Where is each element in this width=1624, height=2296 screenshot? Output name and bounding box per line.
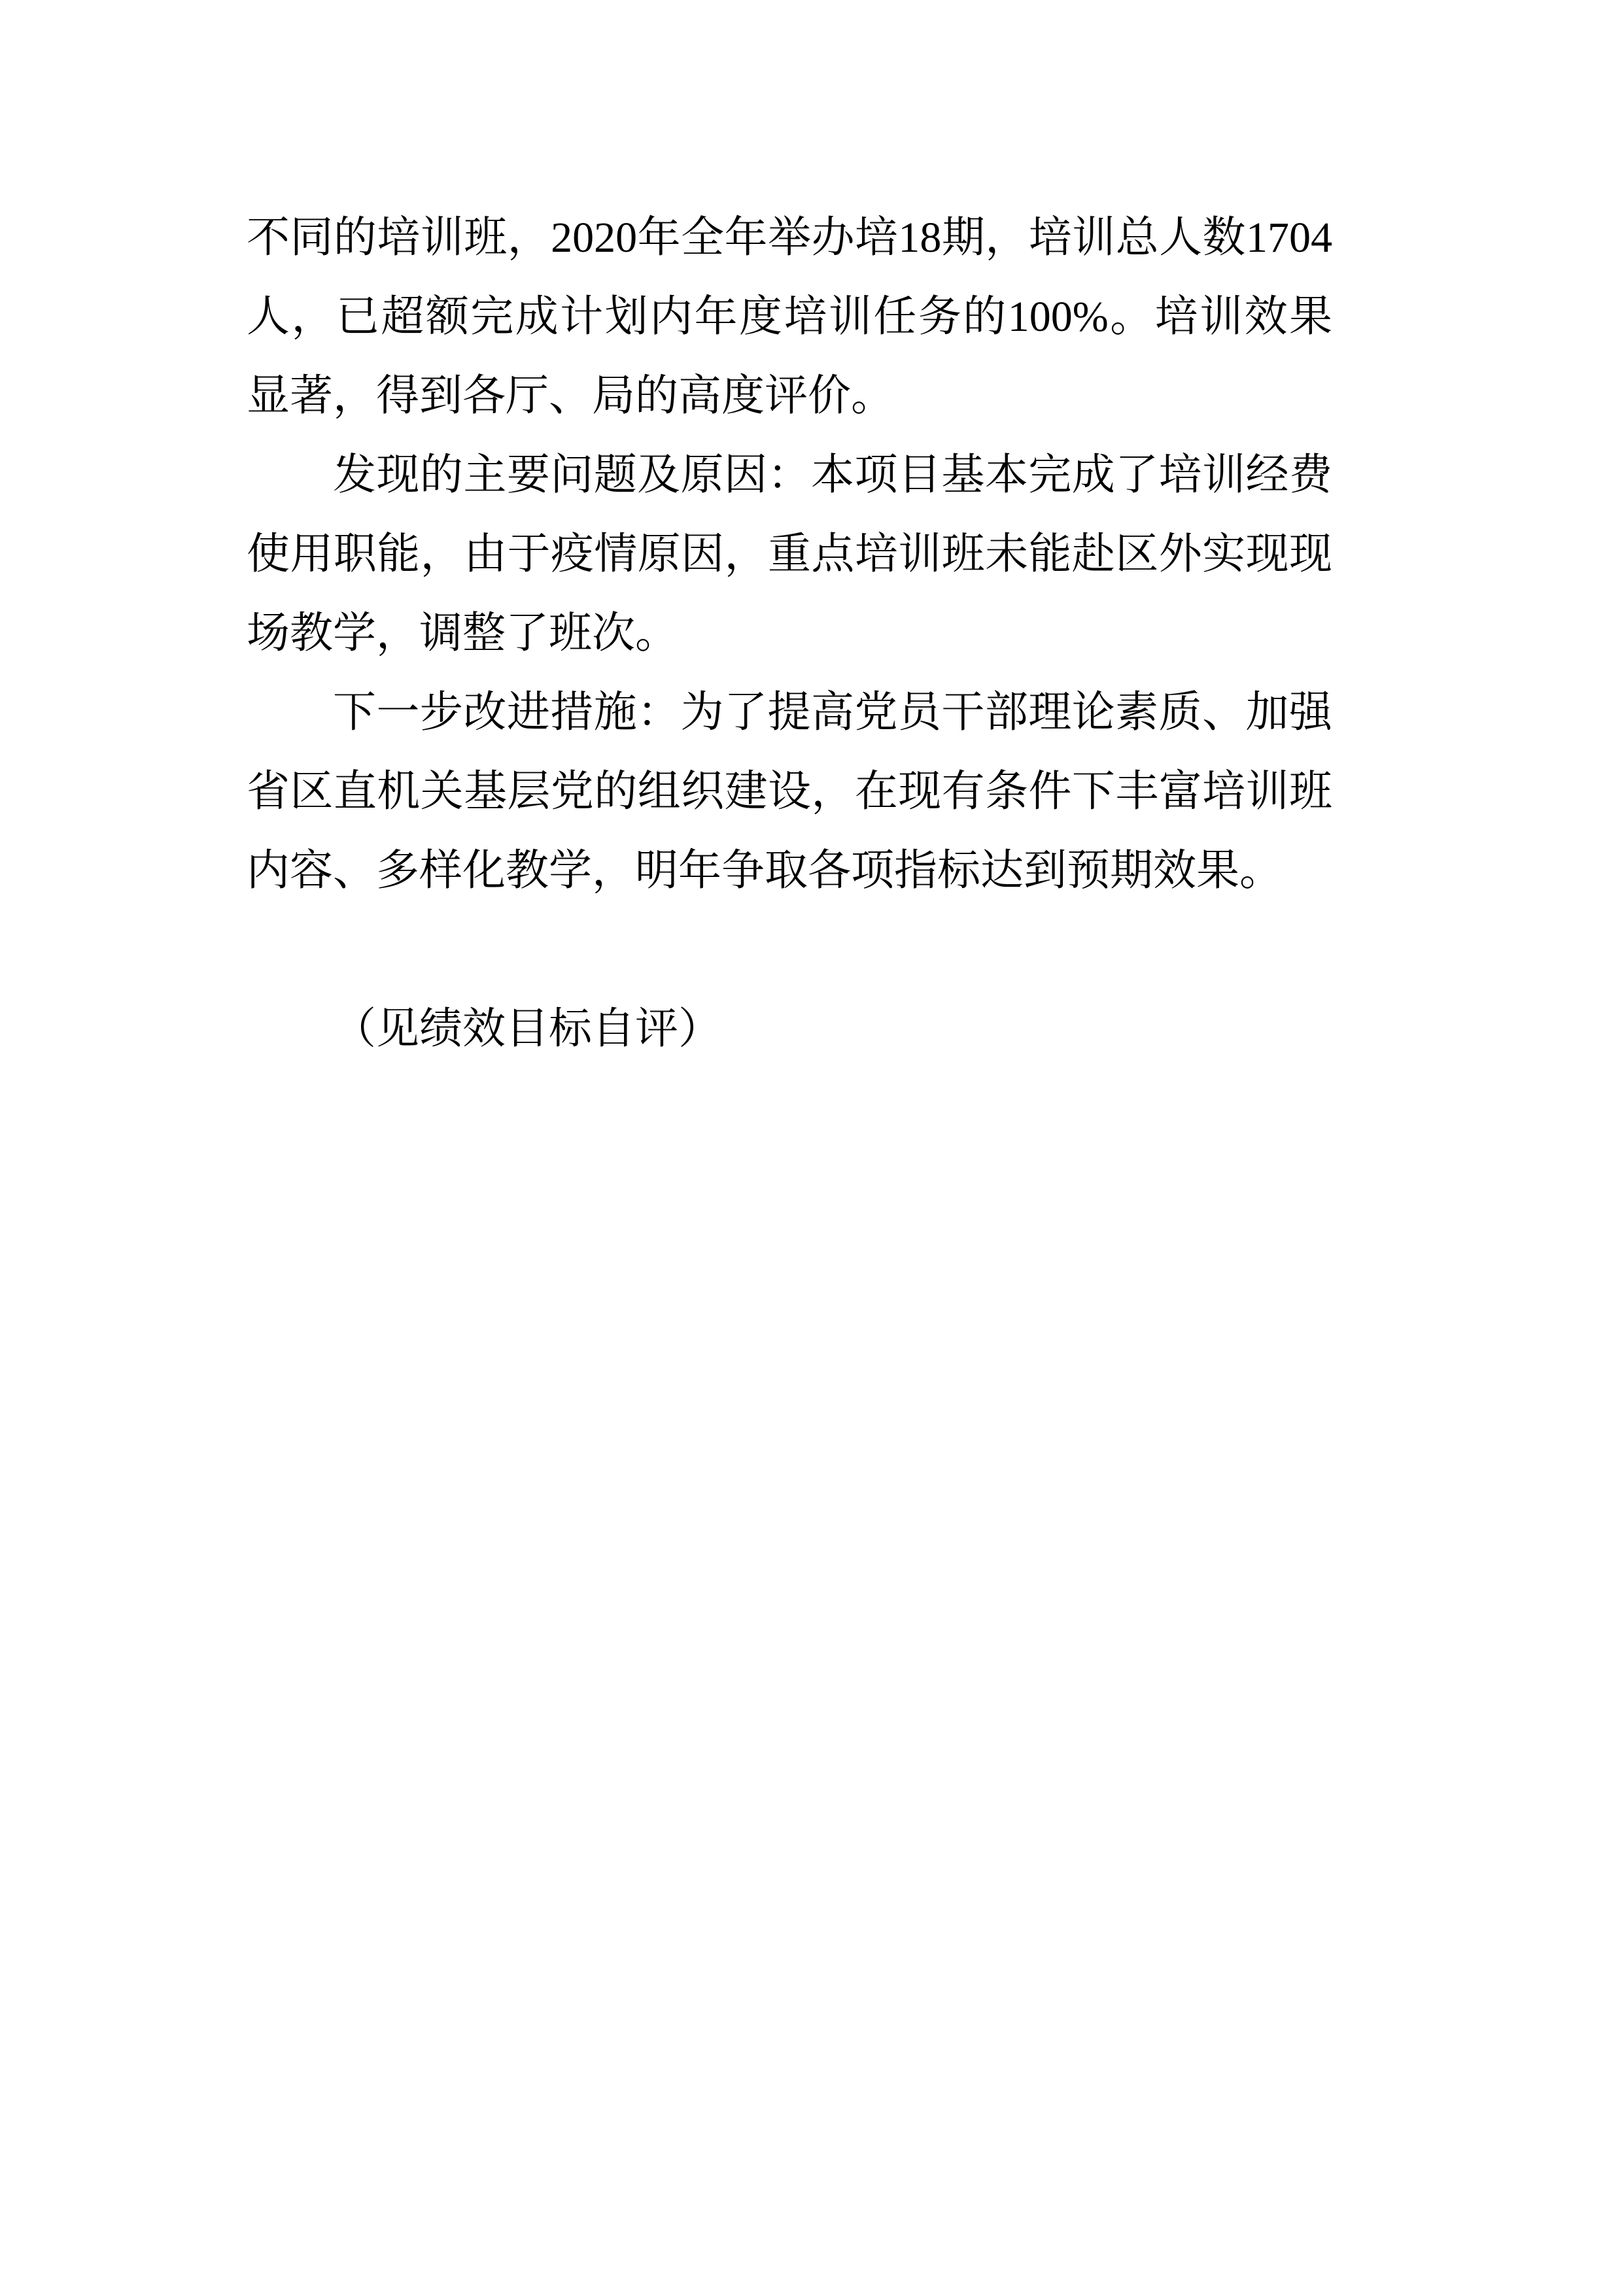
closing-note: （见绩效目标自评） <box>247 989 1332 1069</box>
document-body: 不同的培训班，2020年全年举办培18期，培训总人数1704人，已超额完成计划内… <box>247 198 1332 1069</box>
paragraph-problems-and-causes: 发现的主要问题及原因：本项目基本完成了培训经费使用职能，由于疫情原因，重点培训班… <box>247 436 1332 673</box>
paragraph-training-summary: 不同的培训班，2020年全年举办培18期，培训总人数1704人，已超额完成计划内… <box>247 198 1332 436</box>
document-page: 不同的培训班，2020年全年举办培18期，培训总人数1704人，已超额完成计划内… <box>0 0 1624 2296</box>
paragraph-next-step-measures: 下一步改进措施：为了提高党员干部理论素质、加强省区直机关基层党的组织建设，在现有… <box>247 673 1332 910</box>
